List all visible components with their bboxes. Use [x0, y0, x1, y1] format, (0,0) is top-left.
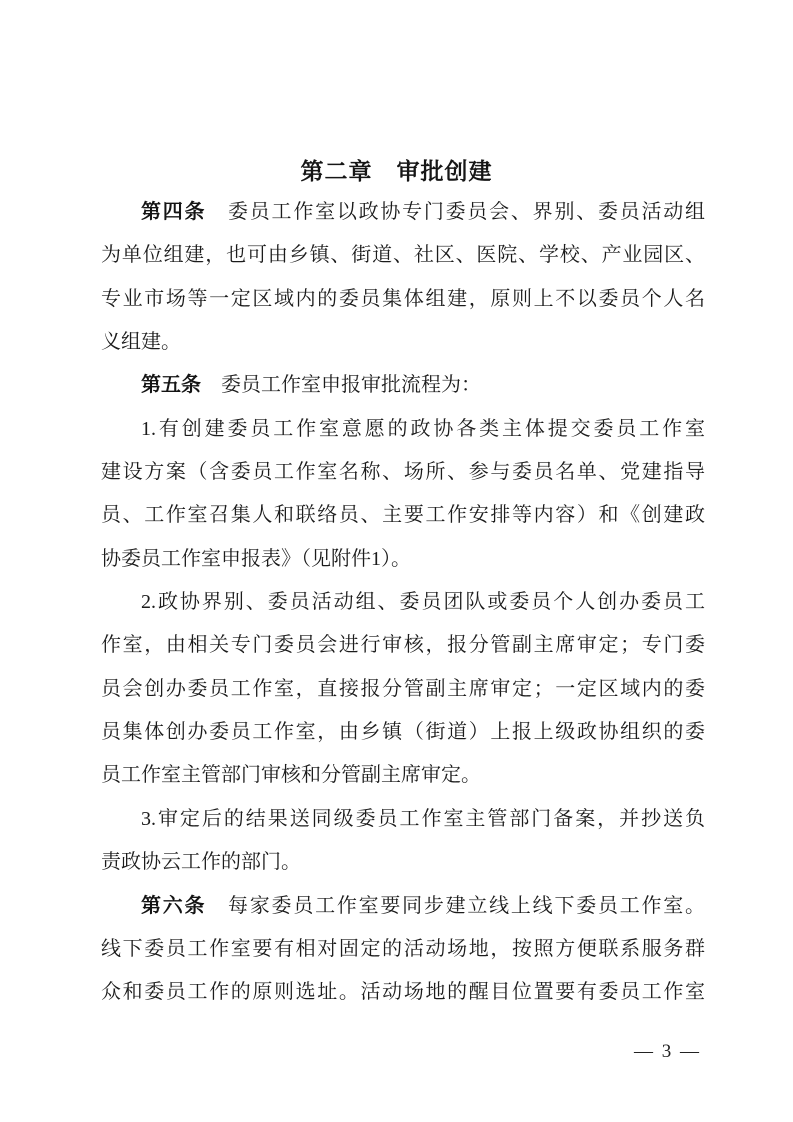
- paragraph: 第六条 每家委员工作室要同步建立线上线下委员工作室。线下委员工作室要有相对固定的…: [101, 885, 705, 1015]
- text-line: 专业市场等一定区域内的委员集体组建，原则上不以委员个人名: [101, 278, 705, 321]
- text-line: 协委员工作室申报表》（见附件1）。: [101, 538, 705, 581]
- text-line: 1.有创建委员工作室意愿的政协各类主体提交委员工作室: [101, 408, 705, 451]
- text-line: 2.政协界别、委员活动组、委员团队或委员个人创办委员工: [101, 581, 705, 624]
- document-body: 第四条 委员工作室以政协专门委员会、界别、委员活动组为单位组建，也可由乡镇、街道…: [101, 191, 705, 1015]
- article-number: 第四条: [141, 201, 206, 223]
- text-line: 第六条 每家委员工作室要同步建立线上线下委员工作室。: [101, 885, 705, 928]
- text-line: 员、工作室召集人和联络员、主要工作安排等内容）和《创建政: [101, 494, 705, 537]
- paragraph: 2.政协界别、委员活动组、委员团队或委员个人创办委员工作室，由相关专门委员会进行…: [101, 581, 705, 798]
- text-line: 作室，由相关专门委员会进行审核，报分管副主席审定；专门委: [101, 624, 705, 667]
- paragraph: 3.审定后的结果送同级委员工作室主管部门备案，并抄送负责政协云工作的部门。: [101, 798, 705, 885]
- text-line: 众和委员工作的原则选址。活动场地的醒目位置要有委员工作室: [101, 971, 705, 1014]
- text-line: 员集体创办委员工作室，由乡镇（街道）上报上级政协组织的委: [101, 711, 705, 754]
- paragraph: 1.有创建委员工作室意愿的政协各类主体提交委员工作室建设方案（含委员工作室名称、…: [101, 408, 705, 581]
- text-line: 责政协云工作的部门。: [101, 841, 705, 884]
- text-line: 线下委员工作室要有相对固定的活动场地，按照方便联系服务群: [101, 928, 705, 971]
- article-number: 第六条: [141, 895, 206, 917]
- text-line: 义组建。: [101, 321, 705, 364]
- chapter-heading: 第二章 审批创建: [0, 153, 793, 186]
- paragraph: 第五条 委员工作室申报审批流程为：: [101, 364, 705, 407]
- text-line: 建设方案（含委员工作室名称、场所、参与委员名单、党建指导: [101, 451, 705, 494]
- page-number: — 3 —: [634, 1041, 701, 1063]
- text-line: 为单位组建，也可由乡镇、街道、社区、医院、学校、产业园区、: [101, 234, 705, 277]
- text-line: 3.审定后的结果送同级委员工作室主管部门备案，并抄送负: [101, 798, 705, 841]
- document-page: 第二章 审批创建 第四条 委员工作室以政协专门委员会、界别、委员活动组为单位组建…: [0, 0, 793, 1122]
- article-number: 第五条: [141, 374, 201, 396]
- paragraph: 第四条 委员工作室以政协专门委员会、界别、委员活动组为单位组建，也可由乡镇、街道…: [101, 191, 705, 364]
- text-line: 员工作室主管部门审核和分管副主席审定。: [101, 754, 705, 797]
- text-line: 员会创办委员工作室，直接报分管副主席审定；一定区域内的委: [101, 668, 705, 711]
- text-line: 第四条 委员工作室以政协专门委员会、界别、委员活动组: [101, 191, 705, 234]
- text-line: 第五条 委员工作室申报审批流程为：: [101, 364, 705, 407]
